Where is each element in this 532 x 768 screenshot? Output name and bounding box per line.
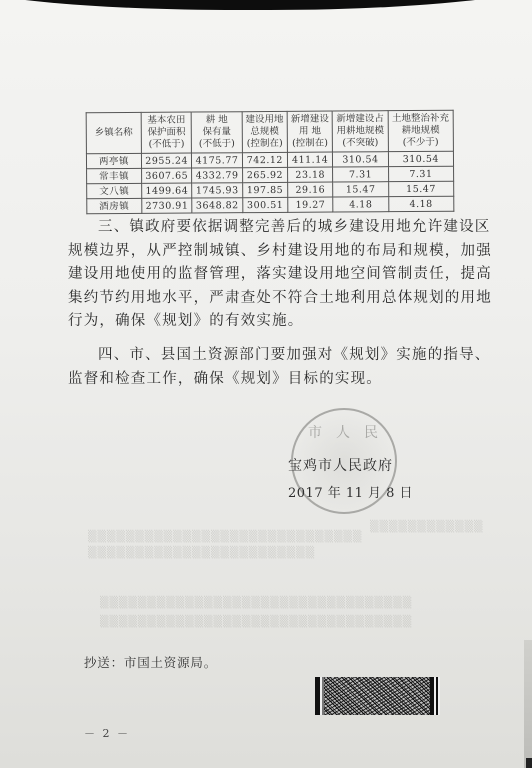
cell: 7.31 (388, 166, 453, 181)
header-township: 乡镇名称 (86, 112, 141, 153)
cell: 197.85 (242, 182, 287, 197)
paragraph-line: 监督和检查工作，确保《规划》目标的实现。 (68, 368, 478, 392)
cell: 300.51 (242, 197, 287, 212)
header-land-consolidation: 土地整治补充耕地规模(不少于) (388, 110, 454, 151)
header-construction-total: 建设用地总规模(控制在) (242, 111, 288, 152)
cell: 23.18 (288, 167, 333, 182)
paragraph-line: 建设用地使用的监督管理，落实建设用地空间管制责任，提高 (68, 263, 478, 287)
cell: 742.12 (242, 152, 287, 167)
barcode-icon (315, 677, 440, 715)
land-planning-table: 乡镇名称 基本农田保护面积(不低于) 耕 地保有量(不低于) 建设用地总规模(控… (86, 110, 455, 215)
header-new-construction: 新增建设用 地(控制在) (287, 111, 333, 152)
header-cultivated-land: 耕 地保有量(不低于) (191, 112, 242, 153)
bleed-through-table: ▒▒▒▒▒▒▒▒▒▒▒▒▒▒▒▒▒▒▒▒▒▒▒▒▒▒▒▒▒▒▒▒▒ (100, 596, 412, 609)
cell: 3607.65 (142, 168, 192, 183)
issue-date: 2017 年 11 月 8 日 (288, 482, 413, 501)
cell: 15.47 (333, 182, 388, 197)
page-edge (524, 640, 532, 768)
cell: 2730.91 (142, 198, 192, 213)
cell: 1745.93 (192, 183, 242, 198)
paragraph-four: 四、市、县国土资源部门要加强对《规划》实施的指导、 监督和检查工作，确保《规划》… (68, 344, 478, 391)
cell: 4175.77 (192, 153, 242, 168)
seal-text: 市人民 (293, 422, 395, 442)
cell: 7.31 (333, 167, 388, 182)
cell: 310.54 (388, 151, 453, 166)
cell: 4.18 (388, 196, 453, 211)
cell: 411.14 (287, 152, 332, 167)
paragraph-line: 四、市、县国土资源部门要加强对《规划》实施的指导、 (68, 344, 478, 368)
cell: 1499.64 (142, 183, 192, 198)
page-number: － 2 － (84, 725, 130, 741)
table-header-row: 乡镇名称 基本农田保护面积(不低于) 耕 地保有量(不低于) 建设用地总规模(控… (86, 110, 453, 154)
bleed-through-text: ▒▒▒▒▒▒▒▒▒▒▒▒ (370, 520, 484, 533)
cell: 15.47 (388, 181, 453, 196)
cell: 19.27 (288, 197, 333, 212)
cell-township: 常丰镇 (87, 168, 142, 183)
issuer-name: 宝鸡市人民政府 (288, 455, 393, 475)
cell-township: 酒房镇 (87, 198, 142, 213)
bleed-through-text: ▒▒▒▒▒▒▒▒▒▒▒▒▒▒▒▒▒▒▒▒▒▒▒▒▒▒▒▒▒ (88, 530, 362, 543)
bleed-through-table: ▒▒▒▒▒▒▒▒▒▒▒▒▒▒▒▒▒▒▒▒▒▒▒▒▒▒▒▒▒▒▒▒▒ (100, 615, 412, 628)
cell: 3648.82 (192, 198, 242, 213)
paragraph-line: 规模边界，从严控制城镇、乡村建设用地的布局和规模，加强 (68, 240, 478, 264)
cell: 29.16 (288, 182, 333, 197)
cell: 265.92 (242, 167, 287, 182)
paragraph-line: 行为，确保《规划》的有效实施。 (68, 310, 478, 334)
paragraph-three: 三、镇政府要依据调整完善后的城乡建设用地允许建设区 规模边界，从严控制城镇、乡村… (68, 216, 478, 334)
table-row: 酒房镇 2730.91 3648.82 300.51 19.27 4.18 4.… (87, 196, 454, 214)
cell: 310.54 (333, 152, 388, 167)
cell-township: 两亭镇 (86, 153, 141, 168)
paragraph-line: 三、镇政府要依据调整完善后的城乡建设用地允许建设区 (68, 216, 478, 240)
cell-township: 文八镇 (87, 183, 142, 198)
corner-shadow (526, 758, 532, 768)
header-new-construction-farmland: 新增建设占用耕地规模(不突破) (332, 111, 388, 152)
paragraph-line: 集约节约用地水平，严肃查处不符合土地利用总体规划的用地 (68, 287, 478, 311)
bleed-through-text: ▒▒▒▒▒▒▒▒▒▒▒▒▒▒▒▒▒▒▒▒▒▒▒▒ (88, 546, 315, 559)
carbon-copy-line: 抄送：市国土资源局。 (84, 653, 217, 671)
cell: 4.18 (333, 197, 388, 212)
header-basic-farmland: 基本农田保护面积(不低于) (141, 112, 192, 153)
cell: 4332.79 (192, 168, 242, 183)
cell: 2955.24 (141, 153, 191, 168)
